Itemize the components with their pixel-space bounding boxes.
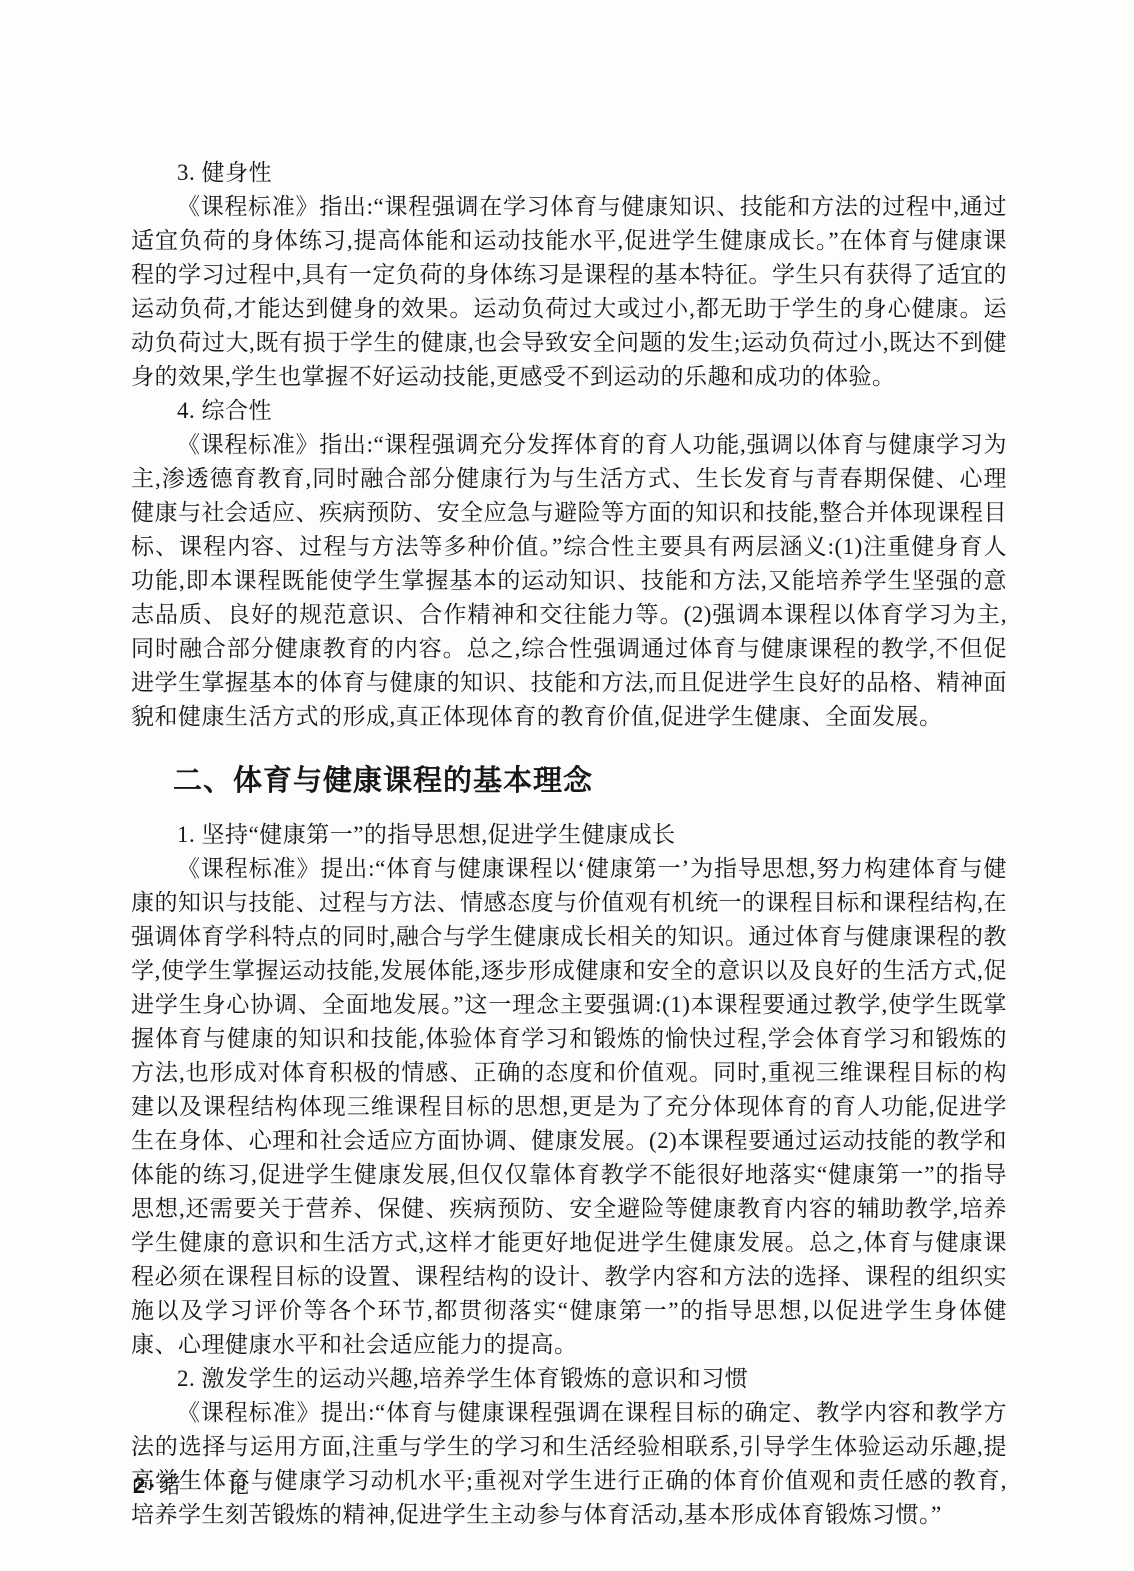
footer-chapter-title: 绪 论 xyxy=(159,1473,251,1498)
subheading-fitness: 3. 健身性 xyxy=(131,156,1007,190)
document-page: 3. 健身性 《课程标准》指出:“课程强调在学习体育与健康知识、技能和方法的过程… xyxy=(0,0,1134,1571)
footer-page-number: 2 xyxy=(133,1473,146,1498)
section-heading-basic-concepts: 二、体育与健康课程的基本理念 xyxy=(131,760,1007,802)
page-content: 3. 健身性 《课程标准》指出:“课程强调在学习体育与健康知识、技能和方法的过程… xyxy=(131,156,1007,1532)
subheading-sport-interest: 2. 激发学生的运动兴趣,培养学生体育锻炼的意识和习惯 xyxy=(131,1362,1007,1396)
paragraph-comprehensiveness: 《课程标准》指出:“课程强调充分发挥体育的育人功能,强调以体育与健康学习为主,渗… xyxy=(131,428,1007,734)
paragraph-sport-interest: 《课程标准》提出:“体育与健康课程强调在课程目标的确定、教学内容和教学方法的选择… xyxy=(131,1396,1007,1532)
subheading-health-first: 1. 坚持“健康第一”的指导思想,促进学生健康成长 xyxy=(131,818,1007,852)
footer-separator-dot: · xyxy=(146,1473,158,1498)
paragraph-fitness: 《课程标准》指出:“课程强调在学习体育与健康知识、技能和方法的过程中,通过适宜负… xyxy=(131,190,1007,394)
subheading-comprehensiveness: 4. 综合性 xyxy=(131,394,1007,428)
paragraph-health-first: 《课程标准》提出:“体育与健康课程以‘健康第一’为指导思想,努力构建体育与健康的… xyxy=(131,852,1007,1362)
page-footer: 2·绪 论 xyxy=(133,1472,251,1500)
